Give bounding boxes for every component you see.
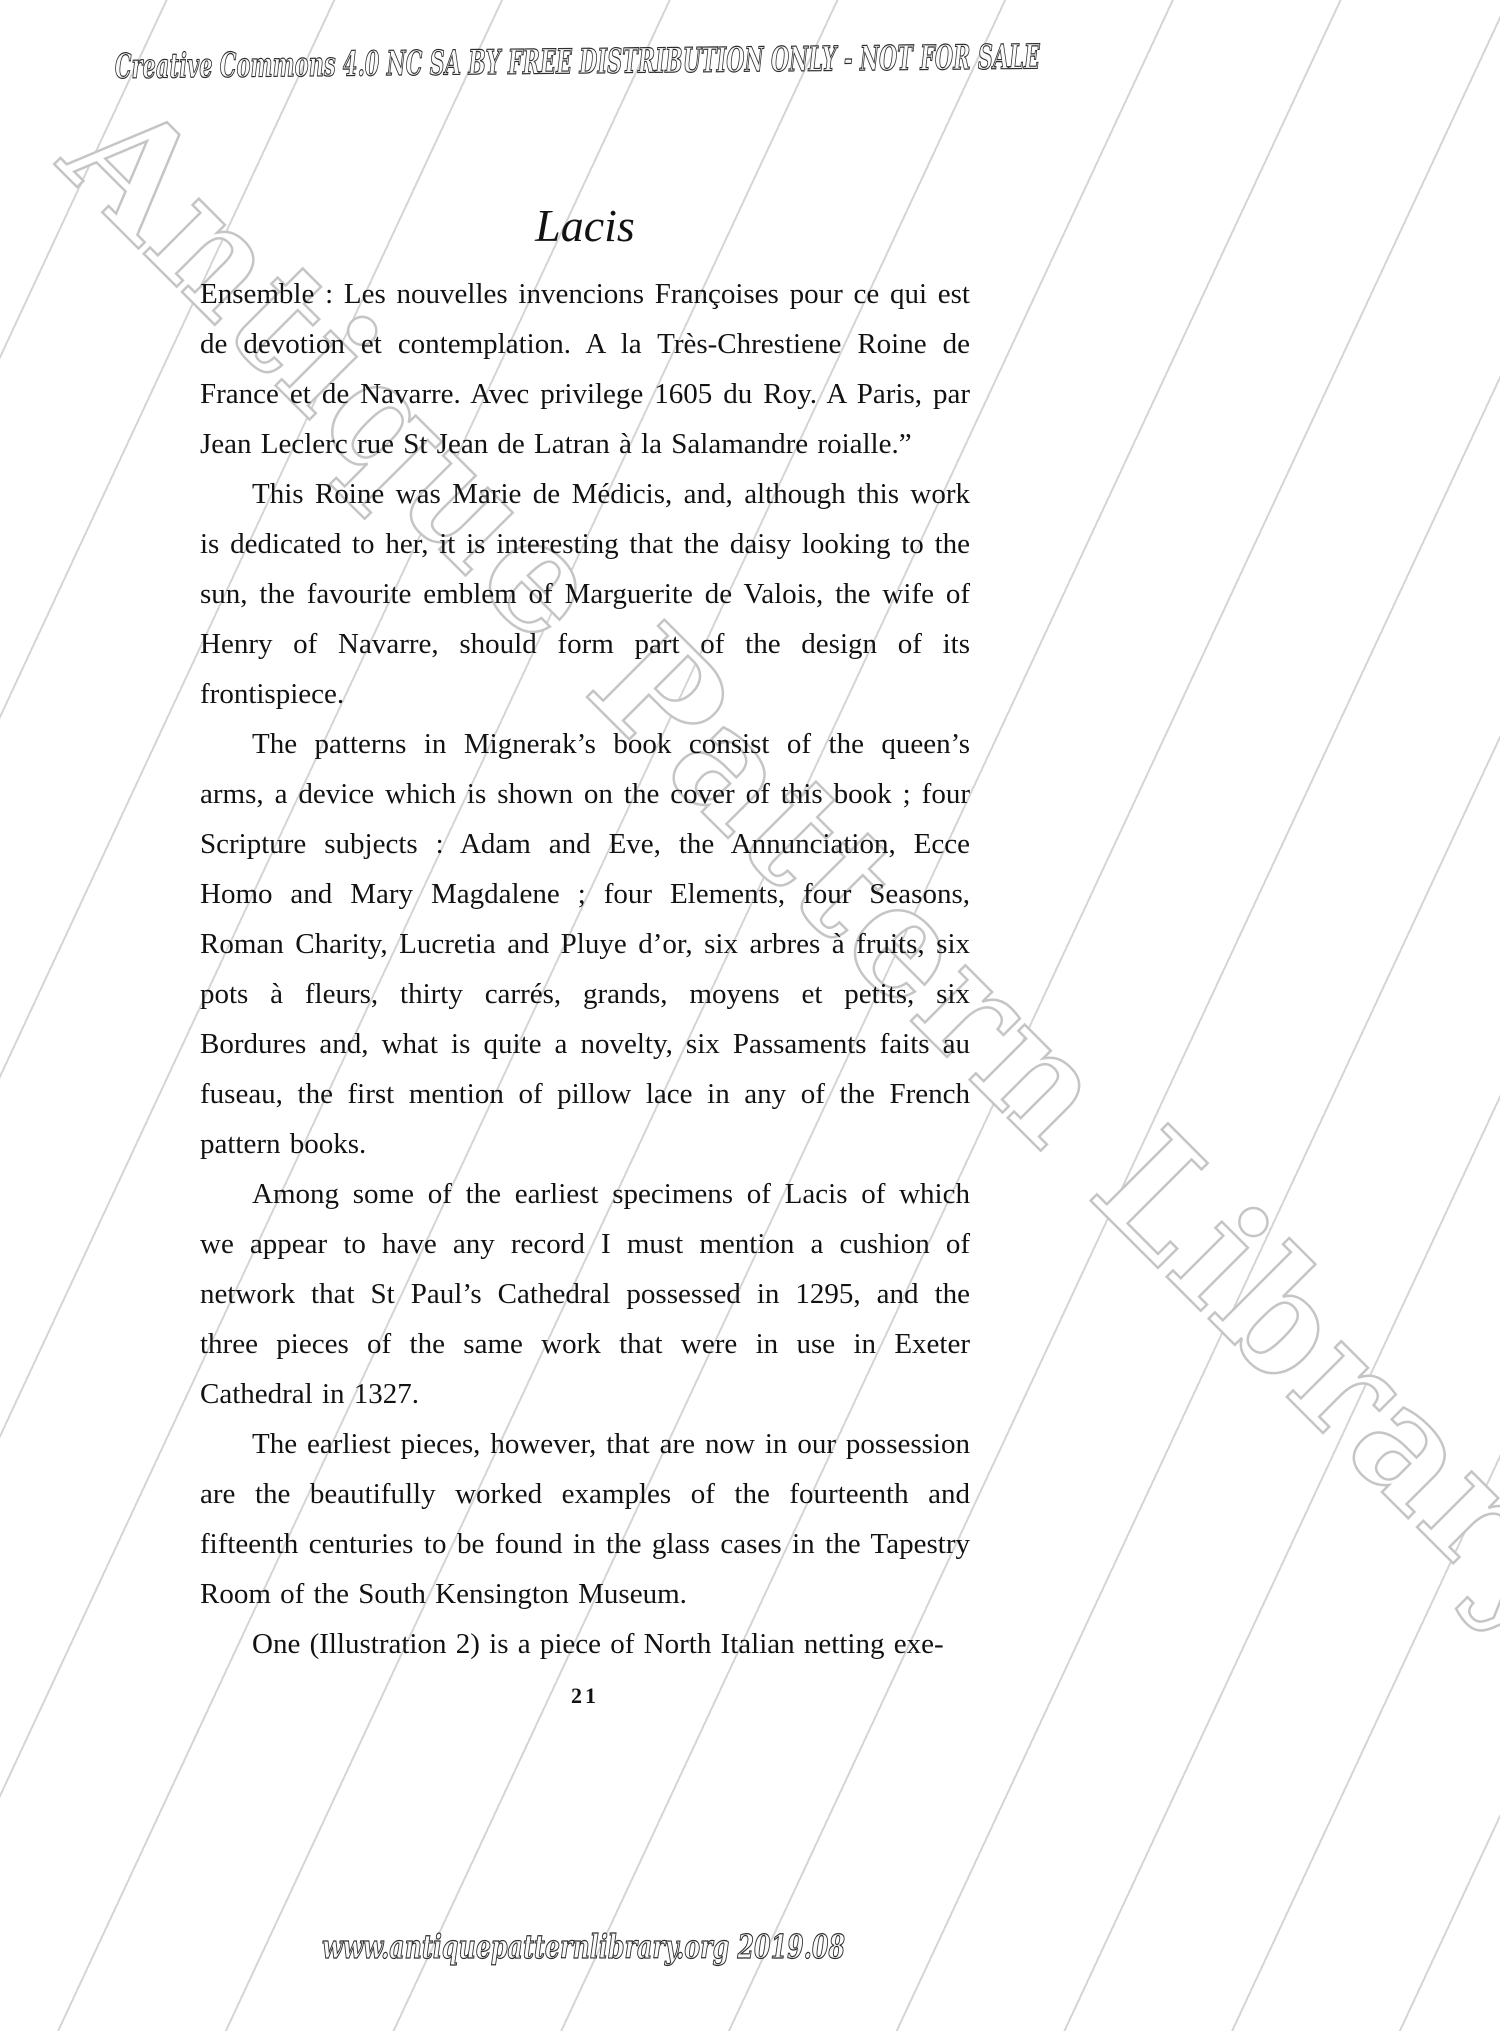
page-title: Lacis [200, 198, 970, 253]
text-column: Lacis Ensemble : Les nouvelles invencion… [200, 198, 970, 1709]
page-number: 21 [200, 1683, 970, 1709]
footer-url: www.antiquepatternlibrary.org 2019.08 [322, 1927, 845, 1966]
body-paragraph: One (Illustration 2) is a piece of North… [200, 1619, 970, 1669]
license-banner: Creative Commons 4.0 NC SA BY FREE DISTR… [115, 37, 1041, 87]
body-paragraph: This Roine was Marie de Médicis, and, al… [200, 469, 970, 719]
scanned-book-page: Antique Pattern Library Creative Commons… [0, 0, 1500, 2031]
body-paragraph: Among some of the earliest specimens of … [200, 1169, 970, 1419]
license-banner-layer: Creative Commons 4.0 NC SA BY FREE DISTR… [0, 0, 1500, 120]
body-paragraph: The earliest pieces, however, that are n… [200, 1419, 970, 1619]
body-paragraph: The patterns in Mignerak’s book consist … [200, 719, 970, 1169]
body-paragraph: Ensemble : Les nouvelles invencions Fran… [200, 269, 970, 469]
